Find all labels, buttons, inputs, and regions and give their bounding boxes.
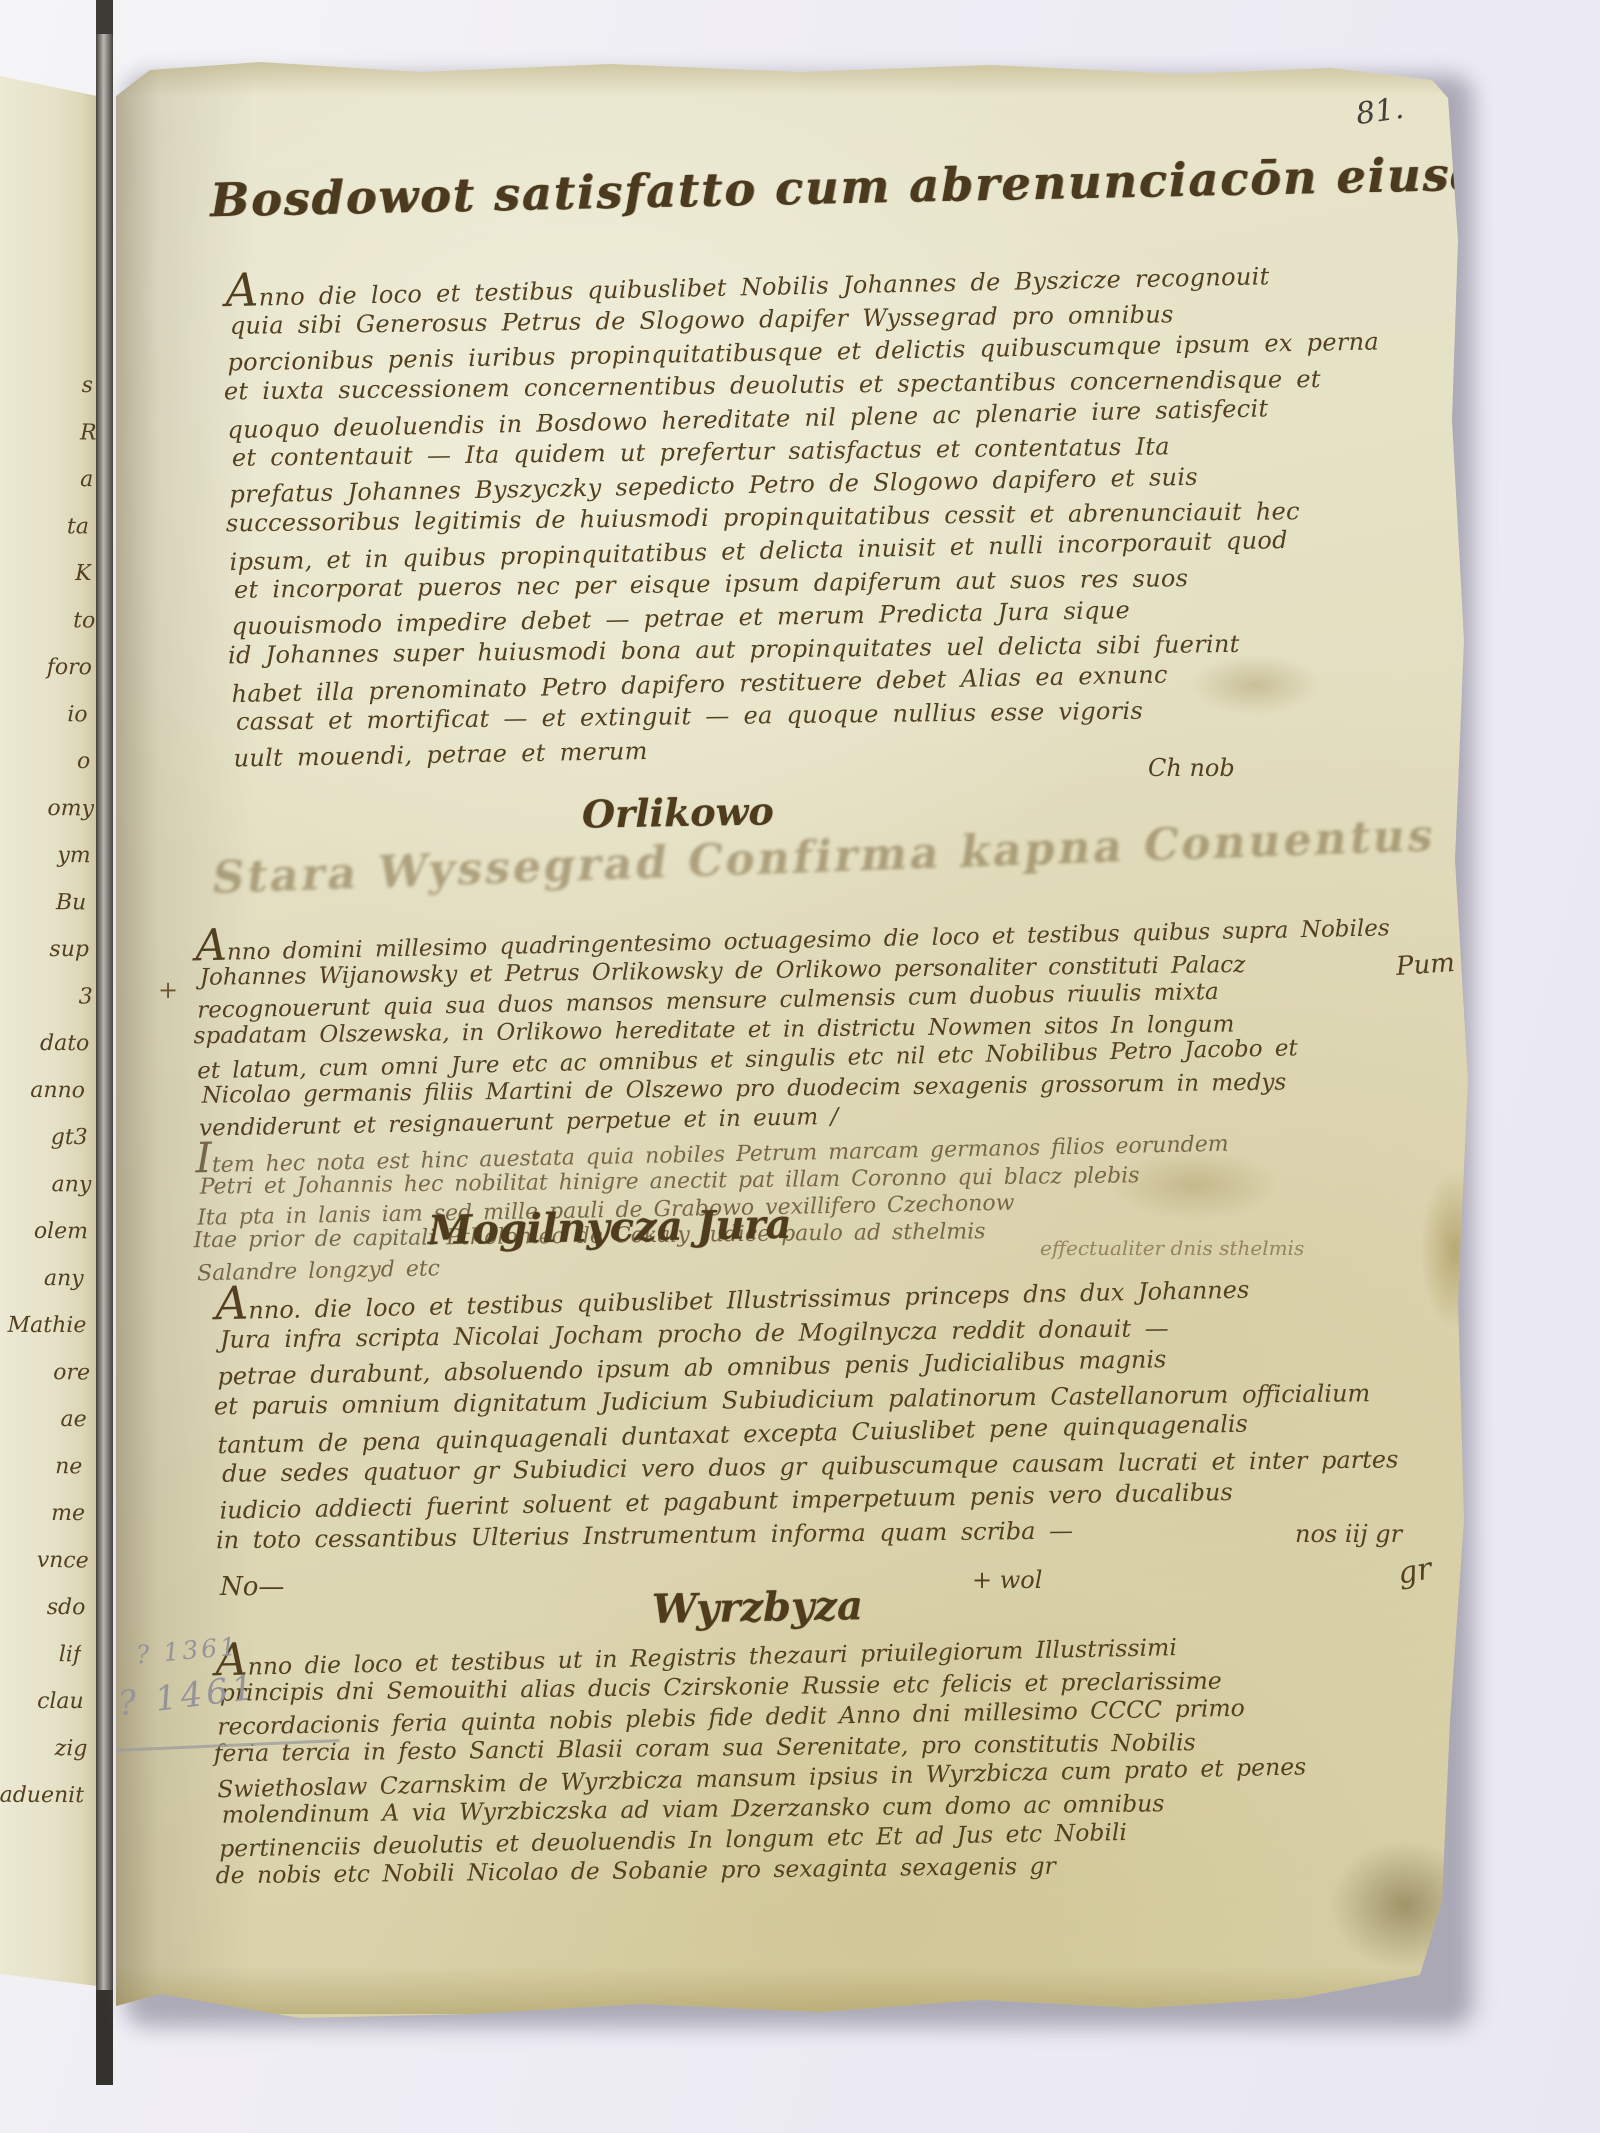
heading-bosdowo-satisfactio: Bosdowot satisfatto cum abrenunciacōn ei…: [210, 147, 1481, 228]
entry-orlikowo-text: Anno domini millesimo quadringentesimo o…: [195, 908, 1468, 1142]
margin-cross-mark: +: [158, 976, 178, 1004]
flourish-gr: gr: [1395, 1551, 1434, 1591]
center-cross-mark: + wol: [972, 1566, 1042, 1594]
heading-wyrzbyza: Wyrzbyza: [652, 1582, 864, 1633]
entry-bosdowo-text: Anno die loco et testibus quibuslibet No…: [225, 253, 1433, 774]
left-mark-no: No—: [220, 1572, 284, 1602]
parchment-page: 81. Bosdowot satisfatto cum abrenunciacō…: [0, 0, 1600, 2133]
heading-mogilnicza-jura: Mogilnycza Jura: [428, 1201, 792, 1254]
manuscript-scan: sRataKtoforoiooomyymBusup3datoannogt3any…: [0, 0, 1600, 2133]
entry-wyrzbyza-text: Anno die loco et testibus ut in Registri…: [215, 1623, 1459, 1893]
facing-page-edge: sRataKtoforoiooomyymBusup3datoannogt3any…: [0, 62, 97, 1992]
ghost-offset-text: Stara Wyssegrad Confirma kapna Conuentus: [209, 811, 1425, 905]
side-note-nos-gr: nos iij gr: [1295, 1520, 1402, 1548]
entry-mogilnicza-text: Anno. die loco et testibus quibuslibet I…: [215, 1266, 1459, 1560]
binding-rod: [96, 0, 113, 2085]
folio-number: 81.: [1354, 91, 1406, 132]
heading-orlikowo: Orlikowo: [582, 788, 774, 836]
inline-note-faded: effectualiter dnis sthelmis: [1040, 1236, 1304, 1260]
side-note-ch-nob: Ch nob: [1148, 754, 1235, 782]
facing-page-text-fragments: sRataKtoforoiooomyymBusup3datoannogt3any…: [0, 362, 99, 1820]
margin-note-pum: Pum: [1395, 948, 1456, 982]
